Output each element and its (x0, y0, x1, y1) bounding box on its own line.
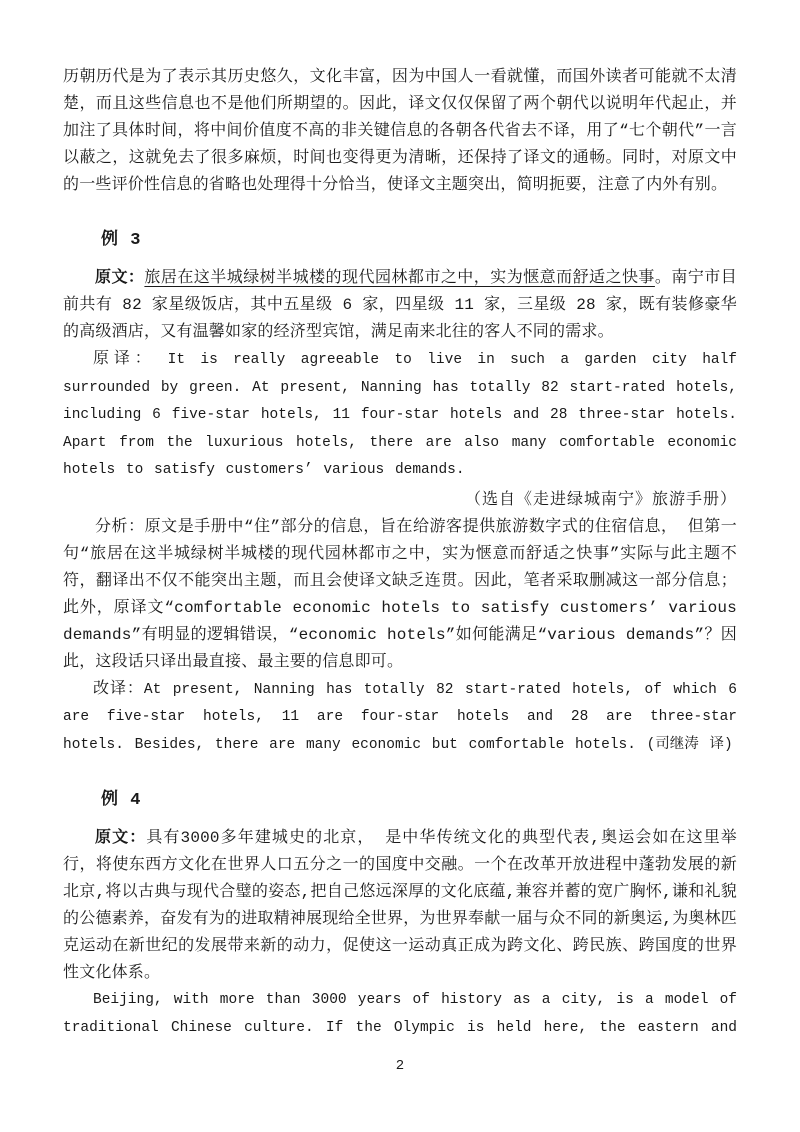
example3-heading: 例 3 (63, 229, 737, 253)
document-page: 历朝历代是为了表示其历史悠久，文化丰富，因为中国人一看就懂，而国外读者可能就不太… (0, 0, 800, 1132)
example4-heading: 例 4 (63, 789, 737, 813)
example4-source-paragraph: 原文：具有3000多年建城史的北京， 是中华传统文化的典型代表,奥运会如在这里举… (63, 825, 737, 987)
example3-analysis-text: 原文是手册中“住”部分的信息，旨在给游客提供旅游数字式的住宿信息， 但第一句“旅… (63, 518, 737, 671)
example3-translation-label: 原译： (93, 350, 156, 368)
paragraph-continuation: 历朝历代是为了表示其历史悠久，文化丰富，因为中国人一看就懂，而国外读者可能就不太… (63, 64, 737, 199)
example4-source-label: 原文： (95, 829, 146, 847)
example3-revised-label: 改译： (93, 680, 144, 698)
example3-analysis-label: 分析： (95, 518, 145, 536)
example3-source-paragraph: 原文：旅居在这半城绿树半城楼的现代园林都市之中，实为惬意而舒适之快事。南宁市目前… (63, 265, 737, 346)
example3-translation-paragraph: 原译：It is really agreeable to live in suc… (63, 346, 737, 485)
example3-revised-paragraph: 改译：At present, Nanning has totally 82 st… (63, 676, 737, 760)
example3-source-label: 原文： (95, 269, 144, 287)
example3-translation-text: It is really agreeable to live in such a… (63, 352, 737, 478)
example3-source-underlined-clause: 旅居在这半城绿树半城楼的现代园林都市之中，实为惬意而舒适之快事 (144, 269, 655, 287)
example3-revised-text: At present, Nanning has totally 82 start… (63, 682, 737, 753)
example3-source-note: （选自《走进绿城南宁》旅游手册） (63, 487, 737, 514)
example4-translation-text: Beijing, with more than 3000 years of hi… (63, 992, 737, 1036)
example4-translation-paragraph: Beijing, with more than 3000 years of hi… (63, 987, 737, 1042)
example3-analysis-paragraph: 分析：原文是手册中“住”部分的信息，旨在给游客提供旅游数字式的住宿信息， 但第一… (63, 514, 737, 676)
example4-source-text: 具有3000多年建城史的北京， 是中华传统文化的典型代表,奥运会如在这里举行，将… (63, 829, 737, 982)
page-number: 2 (0, 1056, 800, 1076)
